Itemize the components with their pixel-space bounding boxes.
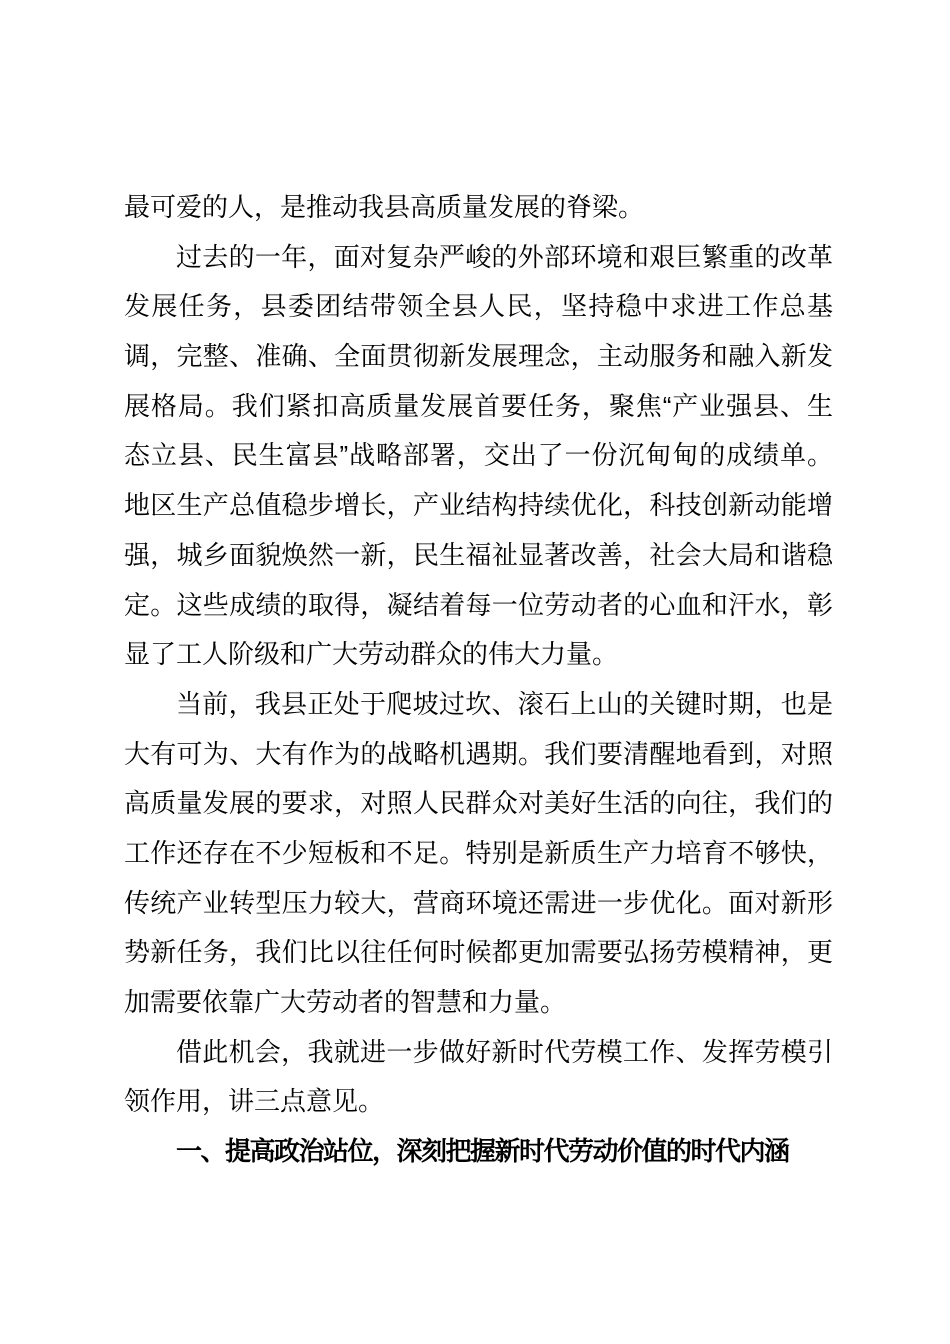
text-line: 大有可为、大有作为的战略机遇期。我们要清醒地看到，对照 — [124, 730, 833, 780]
document-page: 最可爱的人，是推动我县高质量发展的脊梁。过去的一年，面对复杂严峻的外部环境和艰巨… — [0, 0, 950, 1344]
text-line: 加需要依靠广大劳动者的智慧和力量。 — [124, 978, 833, 1028]
text-line: 显了工人阶级和广大劳动群众的伟大力量。 — [124, 630, 833, 680]
text-line: 当前，我县正处于爬坡过坎、滚石上山的关键时期，也是 — [124, 680, 833, 730]
document-text: 最可爱的人，是推动我县高质量发展的脊梁。过去的一年，面对复杂严峻的外部环境和艰巨… — [124, 183, 833, 1177]
section-heading: 一、提高政治站位，深刻把握新时代劳动价值的时代内涵 — [124, 1127, 833, 1177]
text-line: 定。这些成绩的取得，凝结着每一位劳动者的心血和汗水，彰 — [124, 581, 833, 631]
text-line: 高质量发展的要求，对照人民群众对美好生活的向往，我们的 — [124, 779, 833, 829]
text-line: 领作用，讲三点意见。 — [124, 1077, 833, 1127]
text-line: 传统产业转型压力较大，营商环境还需进一步优化。面对新形 — [124, 879, 833, 929]
text-line: 势新任务，我们比以往任何时候都更加需要弘扬劳模精神，更 — [124, 928, 833, 978]
text-line: 调，完整、准确、全面贯彻新发展理念，主动服务和融入新发 — [124, 332, 833, 382]
text-line: 最可爱的人，是推动我县高质量发展的脊梁。 — [124, 183, 833, 233]
text-line: 强，城乡面貌焕然一新，民生福祉显著改善，社会大局和谐稳 — [124, 531, 833, 581]
text-line: 发展任务，县委团结带领全县人民，坚持稳中求进工作总基 — [124, 282, 833, 332]
text-line: 态立县、民生富县”战略部署，交出了一份沉甸甸的成绩单。 — [124, 431, 833, 481]
text-line: 展格局。我们紧扣高质量发展首要任务，聚焦“产业强县、生 — [124, 382, 833, 432]
text-line: 工作还存在不少短板和不足。特别是新质生产力培育不够快， — [124, 829, 833, 879]
text-line: 过去的一年，面对复杂严峻的外部环境和艰巨繁重的改革 — [124, 233, 833, 283]
text-line: 借此机会，我就进一步做好新时代劳模工作、发挥劳模引 — [124, 1028, 833, 1078]
text-line: 地区生产总值稳步增长，产业结构持续优化，科技创新动能增 — [124, 481, 833, 531]
